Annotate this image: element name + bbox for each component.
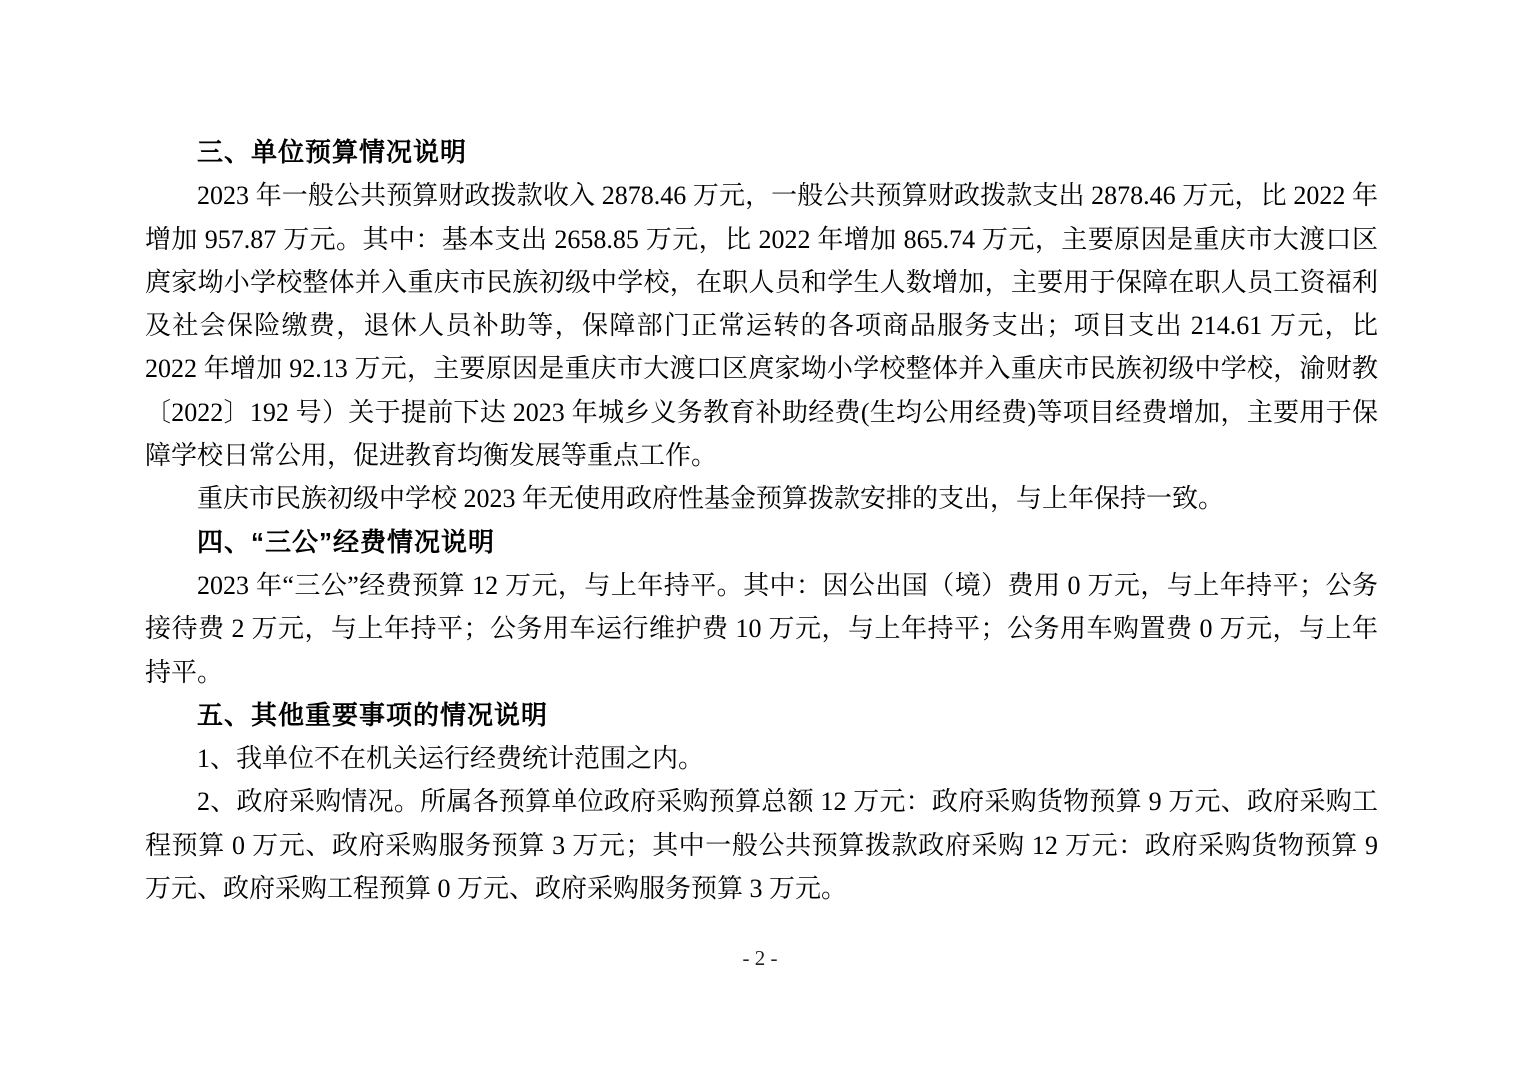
- page-footer: - 2 -: [0, 946, 1520, 971]
- heading-section-4-three-public-expenses: 四、“三公”经费情况说明: [145, 521, 1378, 564]
- document-body: 三、单位预算情况说明 2023 年一般公共预算财政拨款收入 2878.46 万元…: [145, 131, 1378, 910]
- paragraph-government-procurement: 2、政府采购情况。所属各预算单位政府采购预算总额 12 万元：政府采购货物预算 …: [145, 780, 1378, 910]
- heading-section-5-other-important-matters: 五、其他重要事项的情况说明: [145, 694, 1378, 737]
- document-page: 三、单位预算情况说明 2023 年一般公共预算财政拨款收入 2878.46 万元…: [0, 0, 1520, 1074]
- paragraph-three-public-expenses: 2023 年“三公”经费预算 12 万元，与上年持平。其中：因公出国（境）费用 …: [145, 564, 1378, 694]
- paragraph-budget-explanation: 2023 年一般公共预算财政拨款收入 2878.46 万元，一般公共预算财政拨款…: [145, 174, 1378, 477]
- paragraph-agency-operation-expense: 1、我单位不在机关运行经费统计范围之内。: [145, 737, 1378, 780]
- heading-section-3-unit-budget: 三、单位预算情况说明: [145, 131, 1378, 174]
- paragraph-government-fund: 重庆市民族初级中学校 2023 年无使用政府性基金预算拨款安排的支出，与上年保持…: [145, 477, 1378, 520]
- page-number: - 2 -: [743, 946, 778, 970]
